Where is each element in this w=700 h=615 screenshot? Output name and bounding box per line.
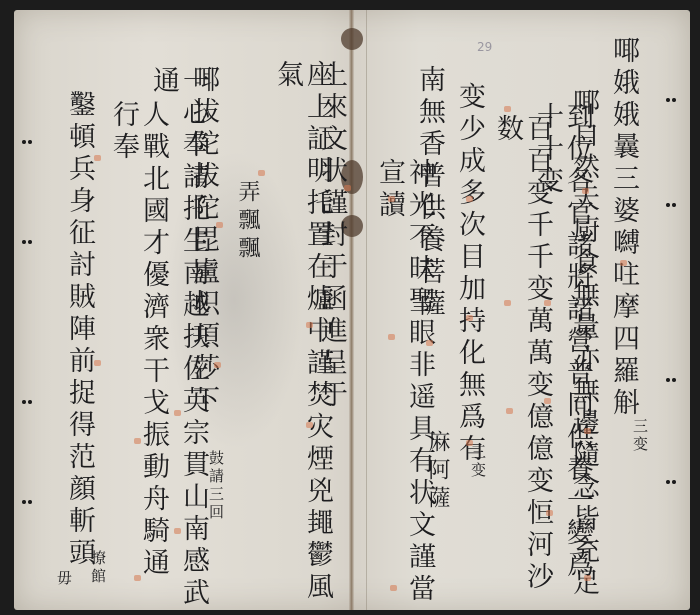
- fold-line: [366, 10, 367, 610]
- red-mark: [544, 300, 551, 306]
- red-mark: [214, 362, 221, 368]
- punch-hole: [28, 400, 32, 404]
- red-mark: [390, 585, 397, 591]
- punch-hole: [22, 400, 26, 404]
- manuscript-sheet: 29 㖿娥娥曩三婆嚩𠰍摩四羅斛 三变 㖿自然天厨食無量亦無邊隨念皆充足 到位各官…: [14, 10, 690, 610]
- punch-hole: [666, 480, 670, 484]
- text-column-tail: 毋: [56, 570, 72, 588]
- text-column: 座上証明托置在爐中謹焚灾煙兇䵷鬱風氣: [272, 60, 332, 610]
- red-mark: [174, 410, 181, 416]
- red-mark: [306, 322, 313, 328]
- red-mark: [216, 222, 223, 228]
- red-mark: [94, 155, 101, 161]
- column-note: 三变: [470, 444, 486, 480]
- red-mark: [174, 528, 181, 534]
- punch-hole: [666, 98, 670, 102]
- red-mark: [466, 440, 473, 446]
- text-column: 变少成多次目加持化無爲有: [454, 82, 484, 466]
- punch-hole: [22, 240, 26, 244]
- column-note: 鼓請三回: [208, 450, 224, 522]
- page-number: 29: [477, 40, 492, 54]
- red-mark: [544, 398, 551, 404]
- red-mark: [344, 185, 351, 191]
- punch-hole: [666, 203, 670, 207]
- red-mark: [546, 510, 553, 516]
- red-mark: [426, 340, 433, 346]
- punch-hole: [672, 378, 676, 382]
- red-mark: [506, 408, 513, 414]
- red-mark: [582, 188, 589, 194]
- punch-hole: [672, 98, 676, 102]
- red-mark: [584, 428, 591, 434]
- red-mark: [388, 196, 395, 202]
- punch-hole: [22, 140, 26, 144]
- punch-hole: [672, 203, 676, 207]
- punch-hole: [22, 500, 26, 504]
- text-column: 鑿頓兵身征討賊陣前捉得范顔斬頭: [64, 90, 94, 570]
- text-column: 弄飄飄: [232, 180, 262, 264]
- binding-seam: [349, 10, 354, 610]
- text-column: 㖿娥娥曩三婆嚩𠰍摩四羅斛: [608, 36, 638, 420]
- red-mark: [466, 196, 473, 202]
- red-mark: [306, 422, 313, 428]
- text-column: 神光不昧聖眼非遥具有状文謹當宣讀: [374, 158, 434, 610]
- punch-hole: [666, 378, 670, 382]
- red-mark: [258, 170, 265, 176]
- punch-hole: [28, 140, 32, 144]
- red-mark: [584, 575, 591, 581]
- column-note: 撩館: [90, 550, 106, 586]
- text-column: 百百变千千变萬萬变億億变恒河沙数: [492, 114, 552, 610]
- red-mark: [466, 315, 473, 321]
- seam-stain: [341, 28, 363, 50]
- red-mark: [504, 106, 511, 112]
- punch-hole: [28, 500, 32, 504]
- column-note: 三变: [632, 418, 648, 454]
- red-mark: [134, 575, 141, 581]
- red-mark: [388, 334, 395, 340]
- text-column: 人戰北國才優濟衆干戈振動舟騎通行奉: [108, 100, 168, 610]
- red-mark: [504, 300, 511, 306]
- red-mark: [134, 438, 141, 444]
- punch-hole: [28, 240, 32, 244]
- red-mark: [620, 260, 627, 266]
- punch-hole: [672, 480, 676, 484]
- red-mark: [94, 360, 101, 366]
